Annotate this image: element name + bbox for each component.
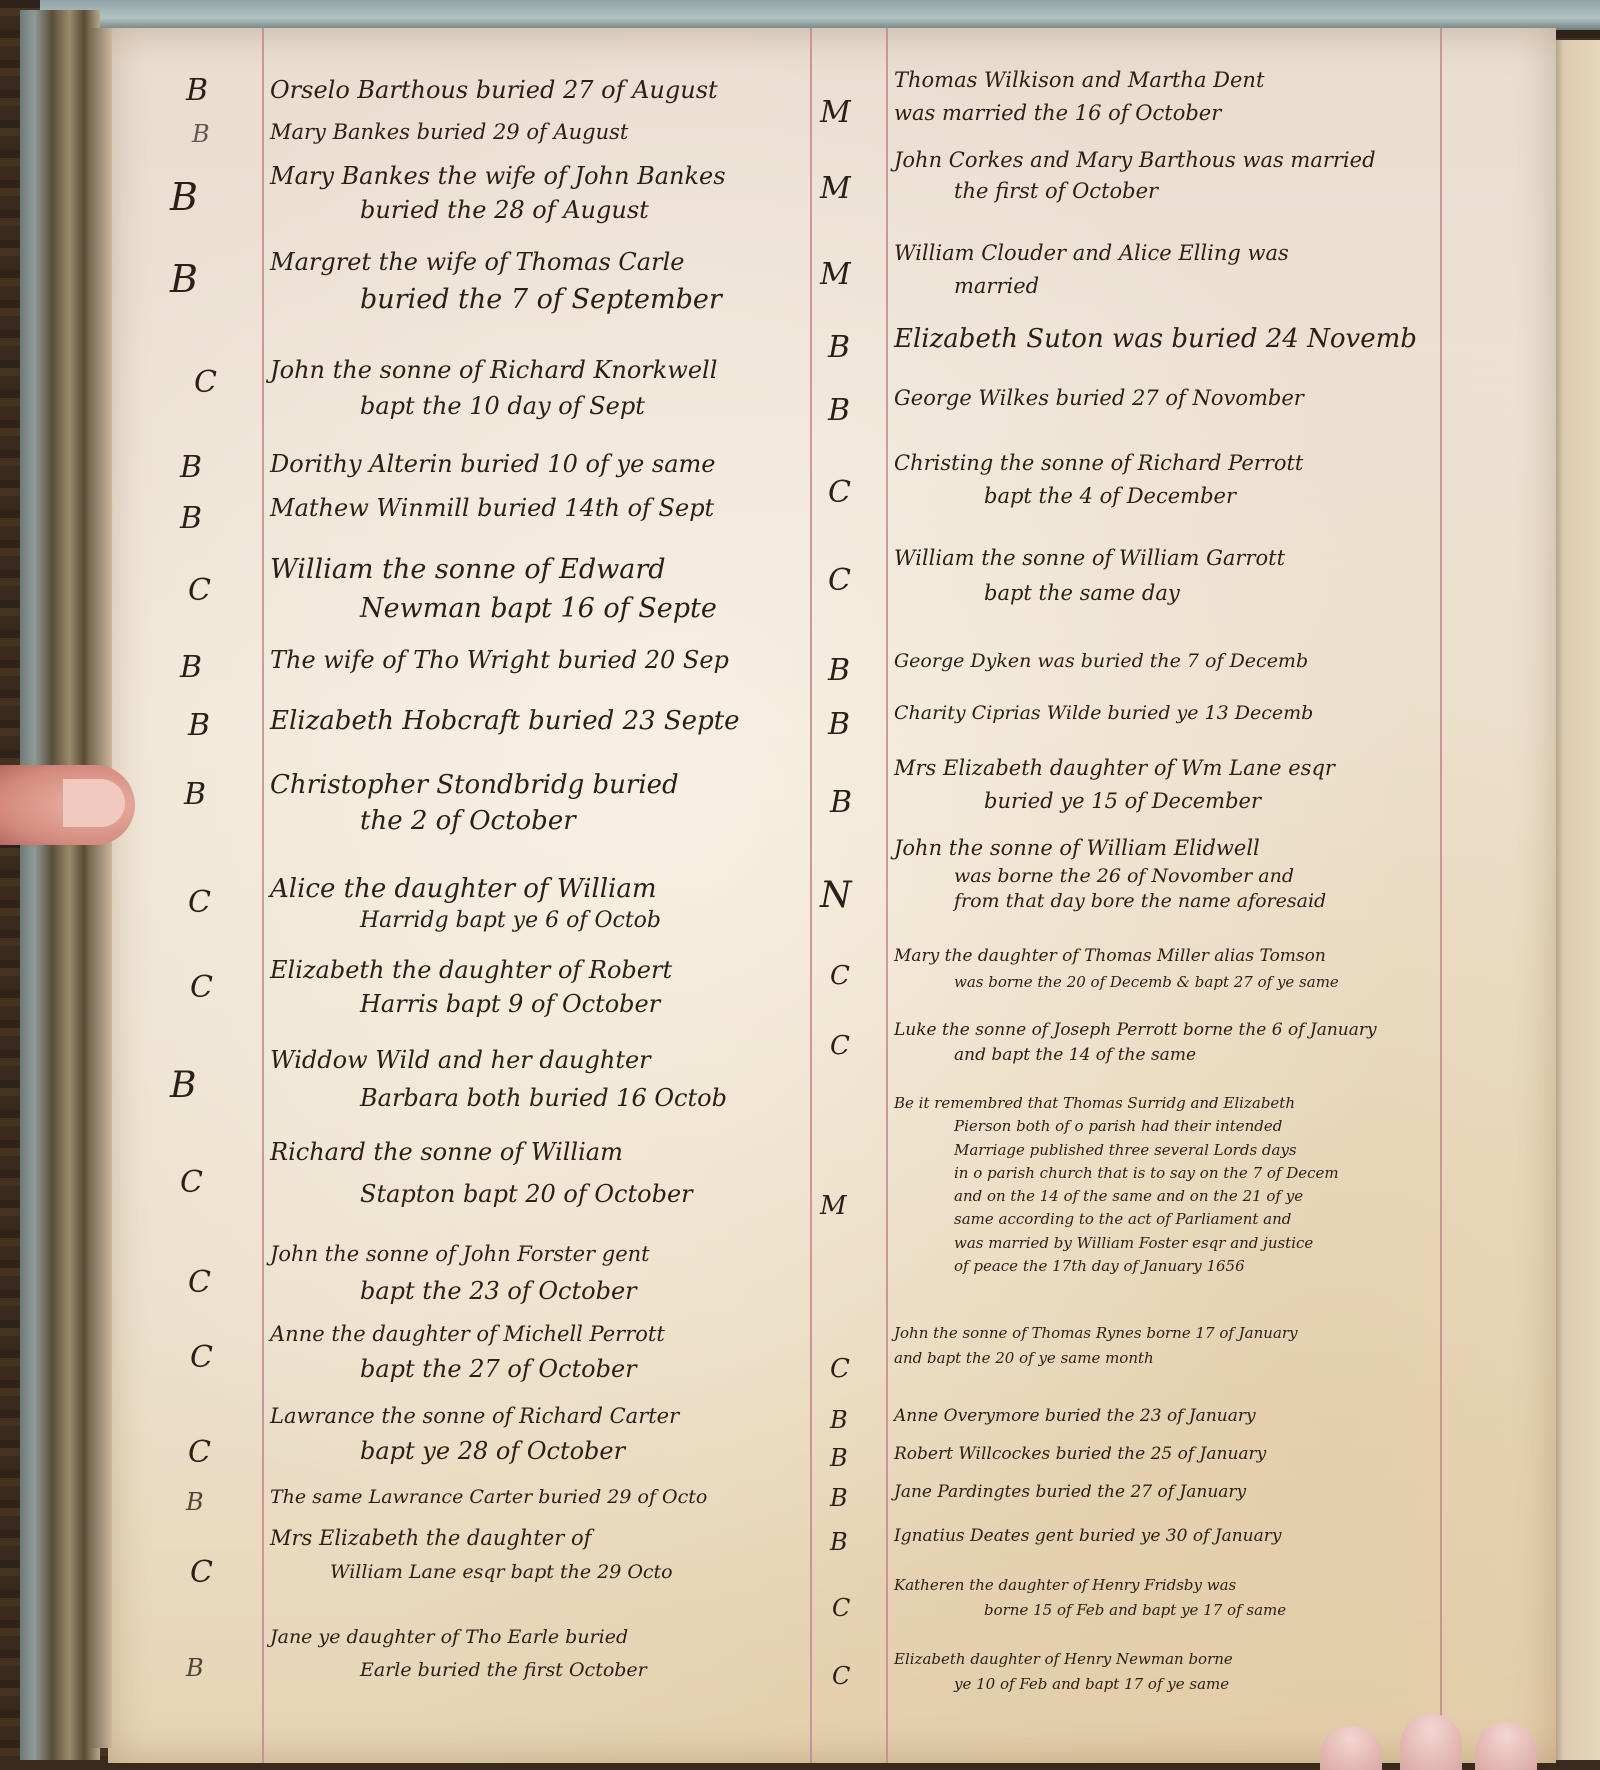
margin-code: C xyxy=(832,1664,850,1688)
register-entry: George Dyken was buried the 7 of Decemb xyxy=(894,652,1439,671)
margin-code: M xyxy=(820,174,851,204)
register-entry: John the sonne of Richard Knorkwellbapt … xyxy=(270,358,805,418)
margin-code: B xyxy=(186,1490,204,1514)
register-entry: John the sonne of Thomas Rynes borne 17 … xyxy=(894,1326,1439,1366)
register-entry: Anne the daughter of Michell Perrottbapt… xyxy=(270,1324,805,1381)
register-entry: Katheren the daughter of Henry Fridsby w… xyxy=(894,1578,1439,1618)
book-cover-edge xyxy=(40,0,1600,30)
margin-code: B xyxy=(830,1530,848,1554)
margin-code: C xyxy=(188,576,211,606)
register-entry: Anne Overymore buried the 23 of January xyxy=(894,1408,1439,1425)
margin-code: B xyxy=(180,453,202,483)
register-entry: Richard the sonne of WilliamStapton bapt… xyxy=(270,1140,805,1206)
margin-code: C xyxy=(830,1356,850,1382)
margin-code: B xyxy=(830,1408,848,1432)
margin-code: B xyxy=(180,653,202,683)
register-entry: Lawrance the sonne of Richard Carterbapt… xyxy=(270,1406,805,1463)
holding-thumb xyxy=(0,765,135,845)
register-entry: Christopher Stondbridg buriedthe 2 of Oc… xyxy=(270,772,805,834)
margin-code: C xyxy=(830,1033,850,1059)
register-entry: Be it remembred that Thomas Surridg and … xyxy=(894,1092,1439,1278)
register-entry: Mathew Winmill buried 14th of Sept xyxy=(270,496,805,520)
register-entry: Mary the daughter of Thomas Miller alias… xyxy=(894,948,1439,990)
margin-code: B xyxy=(170,1068,196,1104)
register-entry: William Clouder and Alice Elling wasmarr… xyxy=(894,243,1439,297)
register-entry: Elizabeth Suton was buried 24 Novemb xyxy=(894,326,1439,352)
margin-code: B xyxy=(192,122,210,146)
margin-code: M xyxy=(820,1193,847,1219)
margin-code: C xyxy=(830,963,850,989)
margin-code: B xyxy=(828,710,850,740)
register-entry: Mrs Elizabeth the daughter ofWilliam Lan… xyxy=(270,1528,805,1582)
margin-code: B xyxy=(170,260,198,298)
register-entry: Elizabeth the daughter of RobertHarris b… xyxy=(270,958,805,1016)
register-entry: Mrs Elizabeth daughter of Wm Lane esqrbu… xyxy=(894,758,1439,812)
margin-code: C xyxy=(832,1596,850,1620)
register-entry: Christing the sonne of Richard Perrottba… xyxy=(894,453,1439,507)
center-right-rule xyxy=(886,28,888,1763)
margin-code: B xyxy=(170,178,198,216)
register-entry: Mary Bankes buried 29 of August xyxy=(270,122,805,143)
margin-code: B xyxy=(828,396,850,426)
finger xyxy=(1475,1722,1537,1770)
thumbnail xyxy=(63,779,125,827)
margin-code: C xyxy=(194,368,217,398)
register-entry: The same Lawrance Carter buried 29 of Oc… xyxy=(270,1488,805,1507)
margin-code: C xyxy=(188,1268,211,1298)
margin-code: B xyxy=(186,1656,204,1680)
margin-code: C xyxy=(828,478,851,508)
finger xyxy=(1400,1714,1462,1770)
margin-code: M xyxy=(820,260,851,290)
margin-code: C xyxy=(190,1343,213,1373)
left-margin-rule xyxy=(262,28,264,1763)
register-entry: Ignatius Deates gent buried ye 30 of Jan… xyxy=(894,1528,1439,1545)
register-entry: Robert Willcockes buried the 25 of Janua… xyxy=(894,1446,1439,1463)
margin-code: C xyxy=(188,1438,211,1468)
margin-code: B xyxy=(186,76,208,106)
margin-code: C xyxy=(188,888,211,918)
book-binding xyxy=(20,10,100,1760)
right-margin-rule xyxy=(1440,28,1442,1763)
register-entry: Jane ye daughter of Tho Earle buriedEarl… xyxy=(270,1628,805,1680)
register-entry: George Wilkes buried 27 of Novomber xyxy=(894,388,1439,409)
margin-code: B xyxy=(184,780,206,810)
holding-fingers xyxy=(1300,1710,1550,1770)
register-entry: Elizabeth Hobcraft buried 23 Septe xyxy=(270,708,805,734)
register-entry: Thomas Wilkison and Martha Dentwas marri… xyxy=(894,70,1439,124)
register-entry: John Corkes and Mary Barthous was marrie… xyxy=(894,150,1439,202)
register-entry: Mary Bankes the wife of John Bankesburie… xyxy=(270,164,805,222)
register-entry: Widdow Wild and her daughterBarbara both… xyxy=(270,1048,805,1110)
margin-code: C xyxy=(828,566,851,596)
margin-code: N xyxy=(820,878,852,914)
register-entry: The wife of Tho Wright buried 20 Sep xyxy=(270,648,805,672)
register-entry: William the sonne of EdwardNewman bapt 1… xyxy=(270,556,805,622)
register-entry: Elizabeth daughter of Henry Newman borne… xyxy=(894,1652,1439,1692)
register-entry: Dorithy Alterin buried 10 of ye same xyxy=(270,452,805,476)
margin-code: C xyxy=(190,973,213,1003)
register-page: B Orselo Barthous buried 27 of August B … xyxy=(108,28,1556,1763)
margin-code: C xyxy=(180,1168,203,1198)
margin-code: C xyxy=(190,1558,213,1588)
register-entry: John the sonne of William Elidwellwas bo… xyxy=(894,838,1439,911)
register-entry: Luke the sonne of Joseph Perrott borne t… xyxy=(894,1022,1439,1064)
register-entry: Jane Pardingtes buried the 27 of January xyxy=(894,1484,1439,1501)
register-entry: Charity Ciprias Wilde buried ye 13 Decem… xyxy=(894,704,1439,723)
register-entry: Margret the wife of Thomas Carleburied t… xyxy=(270,250,805,313)
register-entry: John the sonne of John Forster gentbapt … xyxy=(270,1244,805,1303)
margin-code: B xyxy=(828,656,850,686)
register-entry: William the sonne of William Garrottbapt… xyxy=(894,548,1439,604)
register-entry: Orselo Barthous buried 27 of August xyxy=(270,78,805,102)
center-left-rule xyxy=(810,28,812,1763)
page-gutter xyxy=(90,28,112,1748)
margin-code: B xyxy=(830,1446,848,1470)
finger xyxy=(1320,1726,1382,1770)
margin-code: B xyxy=(830,788,852,818)
margin-code: B xyxy=(180,504,202,534)
register-entry: Alice the daughter of WilliamHarridg bap… xyxy=(270,876,805,932)
margin-code: B xyxy=(830,1486,848,1510)
margin-code: B xyxy=(188,711,210,741)
margin-code: M xyxy=(820,98,851,128)
margin-code: B xyxy=(828,333,850,363)
